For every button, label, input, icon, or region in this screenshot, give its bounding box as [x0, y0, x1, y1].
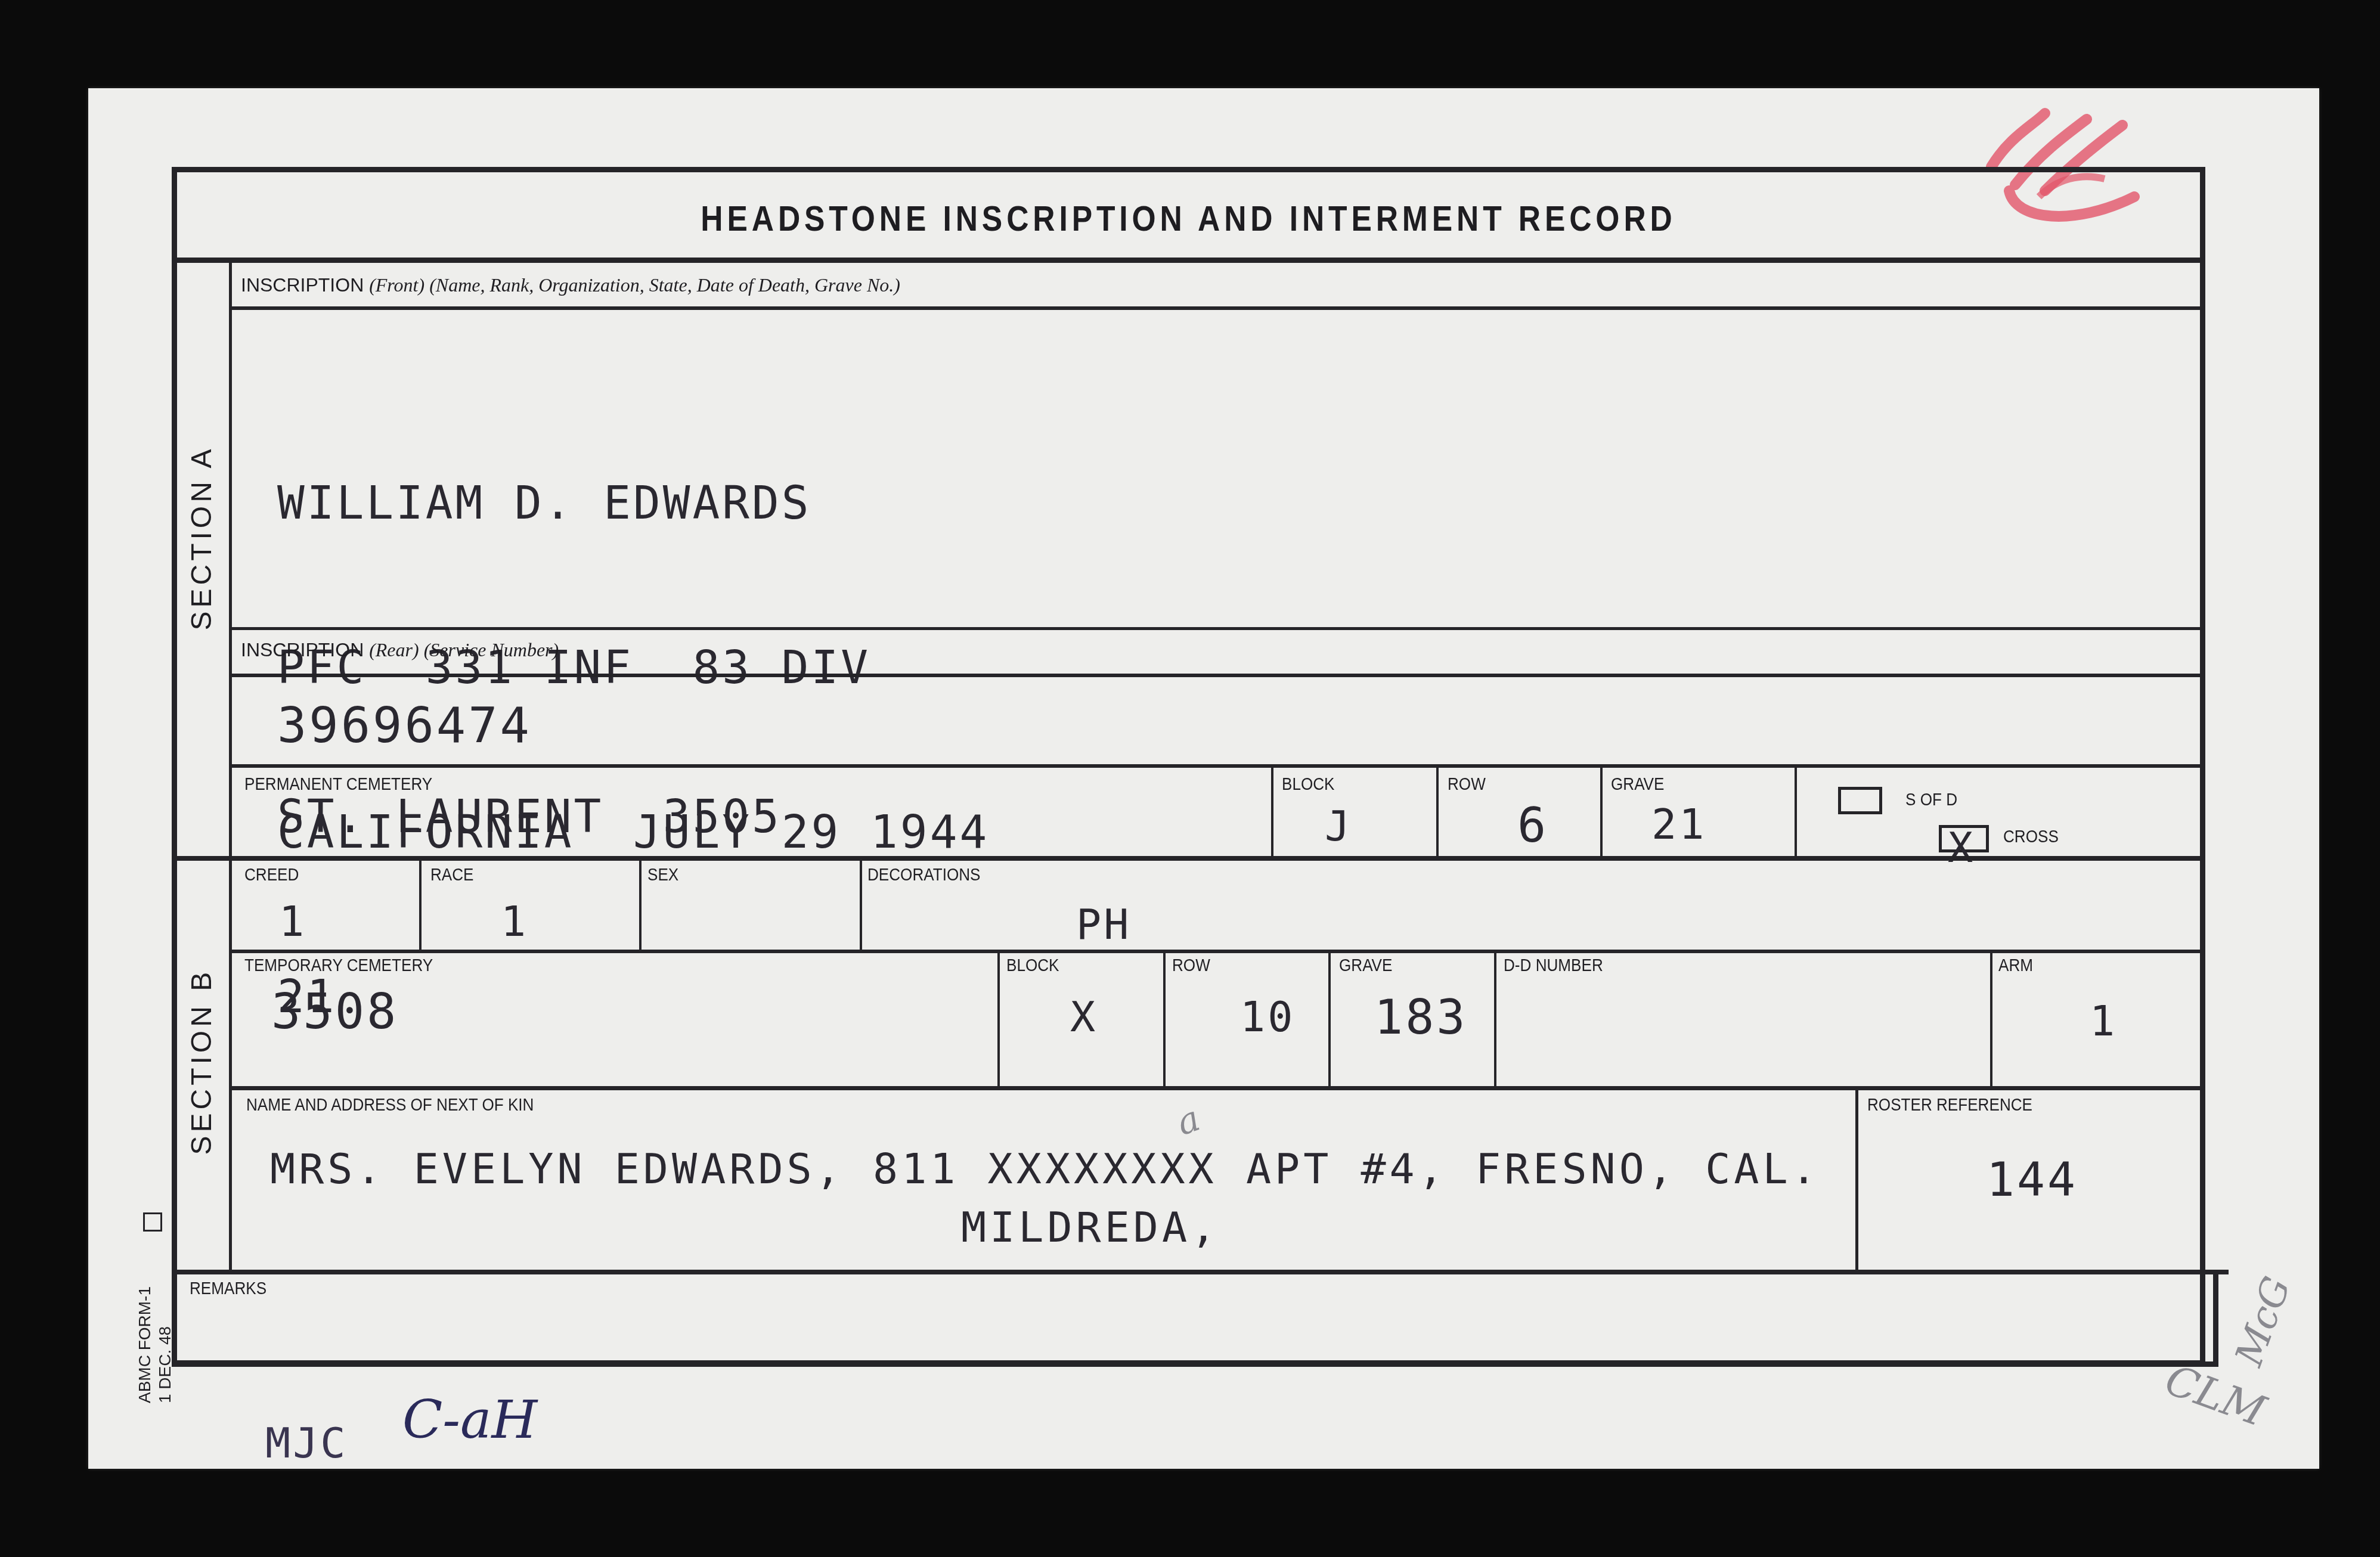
- divider: [1990, 953, 1992, 1088]
- divider: [231, 950, 2205, 953]
- title-band: HEADSTONE INSCRIPTION AND INTERMENT RECO…: [172, 167, 2205, 261]
- permanent-cemetery-value: ST. LAURENT 3505: [277, 790, 782, 843]
- inscription-front-label: INSCRIPTION (Front) (Name, Rank, Organiz…: [241, 274, 900, 296]
- next-of-kin-line2: MILDREDA,: [961, 1203, 1219, 1252]
- race-label: RACE: [430, 866, 474, 885]
- divider: [860, 860, 862, 951]
- temp-grave-label: GRAVE: [1339, 956, 1392, 976]
- form-id-line: 1 DEC. 48: [155, 1326, 175, 1403]
- race-value: 1: [501, 897, 528, 946]
- divider: [1494, 953, 1496, 1088]
- remarks-label: REMARKS: [190, 1279, 266, 1299]
- divider: [1855, 1088, 1858, 1272]
- next-of-kin-line1: MRS. EVELYN EDWARDS, 811 XXXXXXXX APT #4…: [270, 1145, 1820, 1193]
- divider: [231, 627, 2205, 630]
- divider: [231, 674, 2205, 677]
- roster-reference-label: ROSTER REFERENCE: [1867, 1096, 2032, 1115]
- divider: [1271, 767, 1273, 858]
- label-italic: (Rear) (Service Number): [369, 639, 559, 660]
- divider: [172, 258, 2205, 263]
- divider: [419, 860, 422, 951]
- divider: [997, 953, 1000, 1088]
- form-checkbox[interactable]: [143, 1212, 162, 1232]
- section-b-label: SECTION B: [185, 976, 218, 1155]
- divider: [172, 856, 2205, 861]
- next-of-kin-label: NAME AND ADDRESS OF NEXT OF KIN: [246, 1096, 534, 1115]
- temp-grave-value: 183: [1374, 990, 1468, 1045]
- divider: [231, 306, 2205, 310]
- inscription-rear-label: INSCRIPTION (Rear) (Service Number): [241, 639, 559, 661]
- perm-row-label: ROW: [1448, 775, 1486, 795]
- arm-label: ARM: [1998, 956, 2033, 976]
- temp-block-value: X: [1070, 992, 1098, 1041]
- temp-row-value: 10: [1240, 992, 1295, 1041]
- divider: [1436, 767, 1439, 858]
- divider: [1163, 953, 1166, 1088]
- divider: [229, 261, 232, 1274]
- divider: [231, 764, 2205, 768]
- arm-value: 1: [2090, 997, 2117, 1046]
- decorations-label: DECORATIONS: [867, 866, 980, 885]
- divider: [1795, 767, 1797, 858]
- divider: [1328, 953, 1331, 1088]
- perm-block-value: J: [1325, 802, 1352, 851]
- divider: [2213, 1270, 2218, 1366]
- creed-value: 1: [279, 897, 306, 946]
- struck-street: XXXXXXXX: [988, 1145, 1217, 1193]
- struck-text: XXXXXXXX: [988, 1145, 1217, 1193]
- label-text: INSCRIPTION: [241, 274, 364, 296]
- temp-row-label: ROW: [1172, 956, 1210, 976]
- divider: [231, 1086, 2205, 1090]
- typed-initials: MJC: [265, 1419, 348, 1468]
- form-id: ABMC FORM-1 1 DEC. 48: [135, 1224, 175, 1403]
- checkmark-x-icon: X: [1948, 823, 1973, 872]
- cross-checkbox[interactable]: X: [1939, 825, 1989, 852]
- temp-block-label: BLOCK: [1006, 956, 1059, 976]
- remarks-value: [190, 1305, 2205, 1359]
- kin-text: MRS. EVELYN EDWARDS, 811: [270, 1145, 988, 1193]
- perm-block-label: BLOCK: [1282, 775, 1334, 795]
- perm-grave-value: 21: [1651, 800, 1706, 849]
- cross-label: CROSS: [2003, 827, 2059, 847]
- divider: [1600, 767, 1603, 858]
- ink-initials: C-aH: [402, 1389, 537, 1450]
- divider: [172, 1361, 2218, 1367]
- divider: [172, 1270, 2229, 1274]
- sex-label: SEX: [647, 866, 678, 885]
- label-text: INSCRIPTION: [241, 639, 364, 660]
- perm-grave-label: GRAVE: [1611, 775, 1664, 795]
- s-of-d-label: S OF D: [1905, 790, 1957, 810]
- divider: [639, 860, 642, 951]
- creed-label: CREED: [244, 866, 299, 885]
- s-of-d-checkbox[interactable]: [1838, 787, 1882, 814]
- service-number: 39696474: [277, 697, 532, 754]
- form-id-line: ABMC FORM-1: [135, 1224, 155, 1403]
- decorations-value: PH: [1076, 900, 1131, 949]
- inscription-line: WILLIAM D. EDWARDS: [277, 476, 989, 531]
- form-title: HEADSTONE INSCRIPTION AND INTERMENT RECO…: [314, 198, 2063, 239]
- roster-reference-value: 144: [1987, 1153, 2078, 1207]
- temporary-cemetery-value: 3508: [271, 984, 398, 1040]
- perm-row-value: 6: [1517, 798, 1548, 853]
- section-a-label: SECTION A: [185, 452, 218, 631]
- dd-number-label: D-D NUMBER: [1504, 956, 1603, 976]
- temporary-cemetery-label: TEMPORARY CEMETERY: [244, 956, 433, 976]
- label-italic: (Front) (Name, Rank, Organization, State…: [369, 274, 900, 296]
- kin-text: APT #4, FRESNO, CAL.: [1217, 1145, 1820, 1193]
